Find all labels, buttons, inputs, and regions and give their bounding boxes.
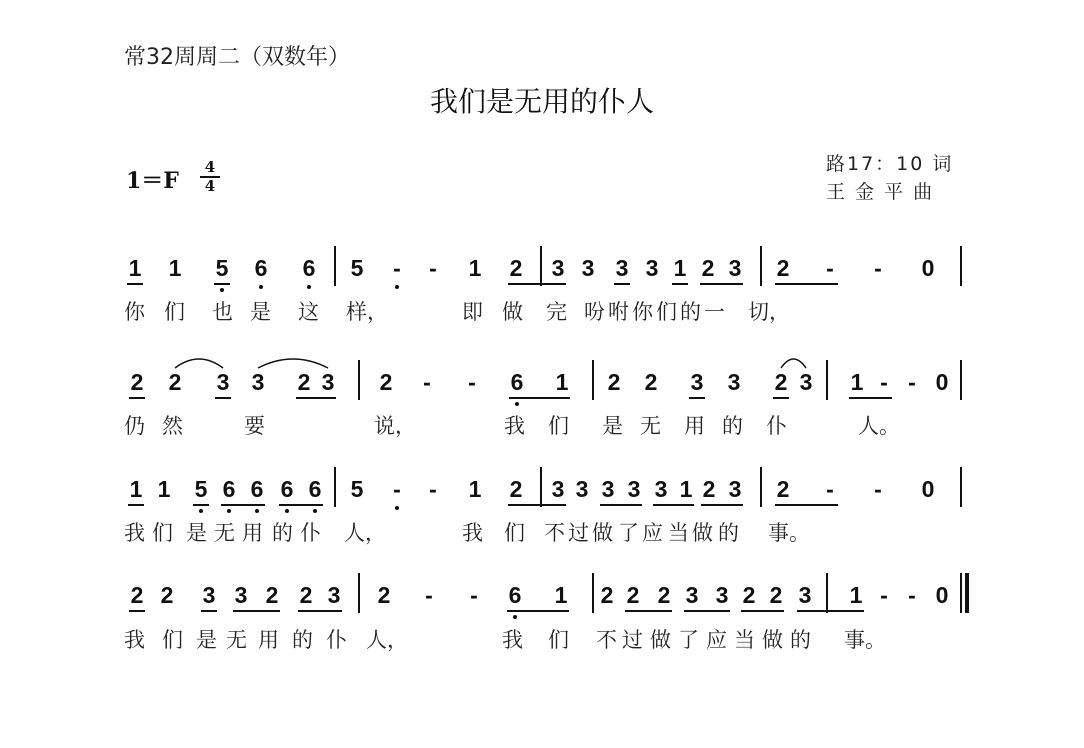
lyric-syllable: 一 [704, 296, 725, 326]
eighth-underline [741, 610, 784, 612]
lyric-syllable: 完 [546, 296, 567, 326]
lyric-syllable: 仍 [124, 410, 145, 440]
lyric-syllable: 即 [462, 296, 483, 326]
lyric-syllable: 无 [214, 517, 235, 547]
lyricist: 路17：10 词 [826, 150, 953, 178]
lyric-syllable: 的 [718, 517, 739, 547]
lyric-syllable: 的 [790, 624, 811, 654]
lyric-syllable: 我 [462, 517, 483, 547]
lyric-syllable: 仆 [326, 624, 347, 654]
note: 6 [306, 477, 324, 501]
note: 1 [126, 256, 144, 280]
low-octave-dot [395, 285, 399, 289]
note: 6 [508, 370, 526, 394]
lyric-syllable: 们 [162, 624, 183, 654]
note: 3 [683, 583, 701, 607]
eighth-underline [672, 283, 688, 285]
note: 1 [847, 583, 865, 607]
low-octave-dot [313, 509, 317, 513]
dash-extension: - [388, 256, 406, 280]
note: 1 [155, 477, 173, 501]
low-octave-dot [307, 285, 311, 289]
barline [334, 246, 336, 286]
note: 6 [248, 477, 266, 501]
eighth-underline [507, 610, 569, 612]
note: 3 [319, 370, 337, 394]
note: 2 [699, 256, 717, 280]
note: 2 [128, 583, 146, 607]
dash-extension: - [388, 477, 406, 501]
eighth-underline [128, 504, 144, 506]
lyric-syllable: 事。 [844, 624, 886, 654]
eighth-underline [508, 283, 566, 285]
dash-extension: - [424, 477, 442, 501]
dash-extension: - [418, 370, 436, 394]
lyric-syllable: 人， [344, 517, 386, 547]
lyric-syllable: 不 [596, 624, 617, 654]
low-octave-dot [255, 509, 259, 513]
lyric-syllable: 是 [186, 517, 207, 547]
note: 2 [377, 370, 395, 394]
note: 6 [220, 477, 238, 501]
barline [760, 467, 762, 507]
barline [592, 360, 594, 400]
lyric-syllable: 的 [292, 624, 313, 654]
lyric-syllable: 也 [212, 296, 233, 326]
eighth-underline [214, 283, 230, 285]
barline [358, 573, 360, 613]
time-signature-bottom: 4 [205, 177, 215, 195]
lyric-syllable: 样， [346, 296, 388, 326]
eighth-underline [653, 504, 694, 506]
eighth-underline [233, 610, 280, 612]
note: 2 [605, 370, 623, 394]
slur-tie [258, 356, 328, 370]
low-octave-dot [259, 285, 263, 289]
lyric-syllable: 我 [124, 624, 145, 654]
note: 2 [598, 583, 616, 607]
lyric-syllable: 要 [244, 410, 265, 440]
note: 1 [127, 477, 145, 501]
lyric-syllable: 做 [692, 517, 713, 547]
dash-extension: - [420, 583, 438, 607]
key-signature: 1＝F [126, 164, 179, 195]
lyric-syllable: 当 [668, 517, 689, 547]
note: 1 [466, 256, 484, 280]
lyric-syllable: 用 [258, 624, 279, 654]
dash-extension: - [869, 256, 887, 280]
lyric-syllable: 了 [678, 624, 699, 654]
note: 2 [624, 583, 642, 607]
note: 1 [677, 477, 695, 501]
eighth-underline [221, 504, 265, 506]
note: 0 [919, 477, 937, 501]
lyric-syllable: 过 [568, 517, 589, 547]
note: 3 [549, 256, 567, 280]
note: 2 [772, 370, 790, 394]
lyric-syllable: 的 [722, 410, 743, 440]
note: 6 [278, 477, 296, 501]
eighth-underline [129, 610, 145, 612]
barline [358, 360, 360, 400]
low-octave-dot [227, 509, 231, 513]
note: 5 [213, 256, 231, 280]
dash-extension: - [903, 370, 921, 394]
note: 2 [263, 583, 281, 607]
note: 6 [252, 256, 270, 280]
lyric-syllable: 的 [272, 517, 293, 547]
eighth-underline [509, 397, 570, 399]
low-octave-dot [513, 615, 517, 619]
note: 3 [726, 256, 744, 280]
barline [592, 573, 594, 613]
note: 6 [300, 256, 318, 280]
lyric-syllable: 吩 [584, 296, 605, 326]
note: 1 [552, 583, 570, 607]
dash-extension: - [875, 370, 893, 394]
lyric-syllable: 了 [618, 517, 639, 547]
eighth-underline [701, 504, 743, 506]
note: 0 [933, 370, 951, 394]
eighth-underline [689, 397, 705, 399]
lyric-syllable: 们 [548, 410, 569, 440]
note: 5 [348, 477, 366, 501]
note: 0 [919, 256, 937, 280]
dash-extension: - [869, 477, 887, 501]
note: 3 [214, 370, 232, 394]
eighth-underline [700, 283, 743, 285]
lyric-syllable: 用 [242, 517, 263, 547]
eighth-underline [773, 397, 789, 399]
lyric-syllable: 应 [706, 624, 727, 654]
lyric-syllable: 仆 [300, 517, 321, 547]
eighth-underline [279, 504, 323, 506]
eighth-underline [600, 504, 642, 506]
lyric-syllable: 切， [748, 296, 790, 326]
note: 1 [848, 370, 866, 394]
low-octave-dot [199, 509, 203, 513]
lyric-syllable: 做 [650, 624, 671, 654]
note: 3 [579, 256, 597, 280]
lyric-syllable: 做 [592, 517, 613, 547]
note: 2 [375, 583, 393, 607]
note: 3 [713, 583, 731, 607]
barline [760, 246, 762, 286]
song-title: 我们是无用的仆人 [0, 80, 1084, 120]
lyric-syllable: 然 [162, 410, 183, 440]
lyric-syllable: 你 [124, 296, 145, 326]
eighth-underline [797, 610, 864, 612]
note: 3 [232, 583, 250, 607]
note: 3 [613, 256, 631, 280]
lyric-syllable: 人， [366, 624, 408, 654]
dash-extension: - [424, 256, 442, 280]
eighth-underline [625, 610, 672, 612]
barline [960, 360, 962, 400]
lyric-syllable: 是 [602, 410, 623, 440]
note: 2 [655, 583, 673, 607]
eighth-underline [508, 504, 566, 506]
note: 5 [192, 477, 210, 501]
eighth-underline [129, 397, 145, 399]
barline [826, 360, 828, 400]
final-barline [960, 573, 962, 613]
eighth-underline [127, 283, 143, 285]
note: 3 [643, 256, 661, 280]
note: 5 [348, 256, 366, 280]
note: 3 [573, 477, 591, 501]
dash-extension: - [875, 583, 893, 607]
note: 0 [933, 583, 951, 607]
barline [960, 467, 962, 507]
lyric-syllable: 用 [684, 410, 705, 440]
note: 3 [796, 583, 814, 607]
note: 3 [652, 477, 670, 501]
note: 2 [297, 583, 315, 607]
slur-tie [175, 356, 223, 370]
eighth-underline [614, 283, 630, 285]
time-signature-top: 4 [205, 158, 215, 176]
eighth-underline [193, 504, 209, 506]
lyric-syllable: 你 [632, 296, 653, 326]
note: 3 [249, 370, 267, 394]
lyric-syllable: 无 [640, 410, 661, 440]
lyric-syllable: 我 [124, 517, 145, 547]
note: 3 [200, 583, 218, 607]
note: 2 [774, 477, 792, 501]
note: 3 [725, 370, 743, 394]
note: 2 [774, 256, 792, 280]
note: 2 [128, 370, 146, 394]
lyric-syllable: 做 [502, 296, 523, 326]
low-octave-dot [395, 506, 399, 510]
subtitle: 常32周周二（双数年） [124, 40, 350, 71]
lyric-syllable: 们 [656, 296, 677, 326]
note: 3 [688, 370, 706, 394]
note: 3 [325, 583, 343, 607]
time-signature: 4 4 [200, 160, 220, 194]
lyric-syllable: 是 [250, 296, 271, 326]
lyric-syllable: 我 [502, 624, 523, 654]
note: 2 [700, 477, 718, 501]
note: 2 [295, 370, 313, 394]
composer: 王 金 平 曲 [826, 178, 953, 206]
credits: 路17：10 词 王 金 平 曲 [826, 150, 953, 206]
lyric-syllable: 当 [734, 624, 755, 654]
dash-extension: - [903, 583, 921, 607]
lyric-syllable: 的 [680, 296, 701, 326]
eighth-underline [849, 397, 892, 399]
low-octave-dot [220, 288, 224, 292]
note: 2 [507, 256, 525, 280]
eighth-underline [684, 610, 730, 612]
barline [540, 246, 542, 286]
note: 1 [671, 256, 689, 280]
lyric-syllable: 应 [642, 517, 663, 547]
note: 2 [642, 370, 660, 394]
lyric-syllable: 事。 [768, 517, 810, 547]
lyric-syllable: 这 [298, 296, 319, 326]
lyric-syllable: 们 [504, 517, 525, 547]
note: 1 [466, 477, 484, 501]
eighth-underline [215, 397, 231, 399]
eighth-underline [296, 397, 336, 399]
final-barline-thick [965, 573, 969, 613]
eighth-underline [298, 610, 342, 612]
note: 2 [166, 370, 184, 394]
lyric-syllable: 咐 [608, 296, 629, 326]
barline [540, 467, 542, 507]
lyric-syllable: 们 [152, 517, 173, 547]
note: 3 [599, 477, 617, 501]
note: 2 [767, 583, 785, 607]
note: 2 [158, 583, 176, 607]
eighth-underline [775, 504, 838, 506]
note: 2 [740, 583, 758, 607]
barline [960, 246, 962, 286]
dash-extension: - [463, 370, 481, 394]
note: 6 [506, 583, 524, 607]
lyric-syllable: 我 [504, 410, 525, 440]
lyric-syllable: 是 [196, 624, 217, 654]
dash-extension: - [821, 256, 839, 280]
lyric-syllable: 仆 [766, 410, 787, 440]
note: 3 [726, 477, 744, 501]
eighth-underline [201, 610, 217, 612]
lyric-syllable: 们 [164, 296, 185, 326]
lyric-syllable: 无 [226, 624, 247, 654]
lyric-syllable: 过 [622, 624, 643, 654]
low-octave-dot [285, 509, 289, 513]
lyric-syllable: 人。 [858, 410, 900, 440]
note: 2 [507, 477, 525, 501]
note: 3 [797, 370, 815, 394]
note: 1 [553, 370, 571, 394]
dash-extension: - [465, 583, 483, 607]
dash-extension: - [821, 477, 839, 501]
low-octave-dot [515, 402, 519, 406]
lyric-syllable: 说， [374, 410, 416, 440]
lyric-syllable: 做 [762, 624, 783, 654]
note: 3 [549, 477, 567, 501]
eighth-underline [775, 283, 838, 285]
barline [826, 573, 828, 613]
note: 1 [166, 256, 184, 280]
lyric-syllable: 们 [548, 624, 569, 654]
note: 3 [625, 477, 643, 501]
lyric-syllable: 不 [544, 517, 565, 547]
barline [334, 467, 336, 507]
slur-tie [781, 356, 806, 370]
